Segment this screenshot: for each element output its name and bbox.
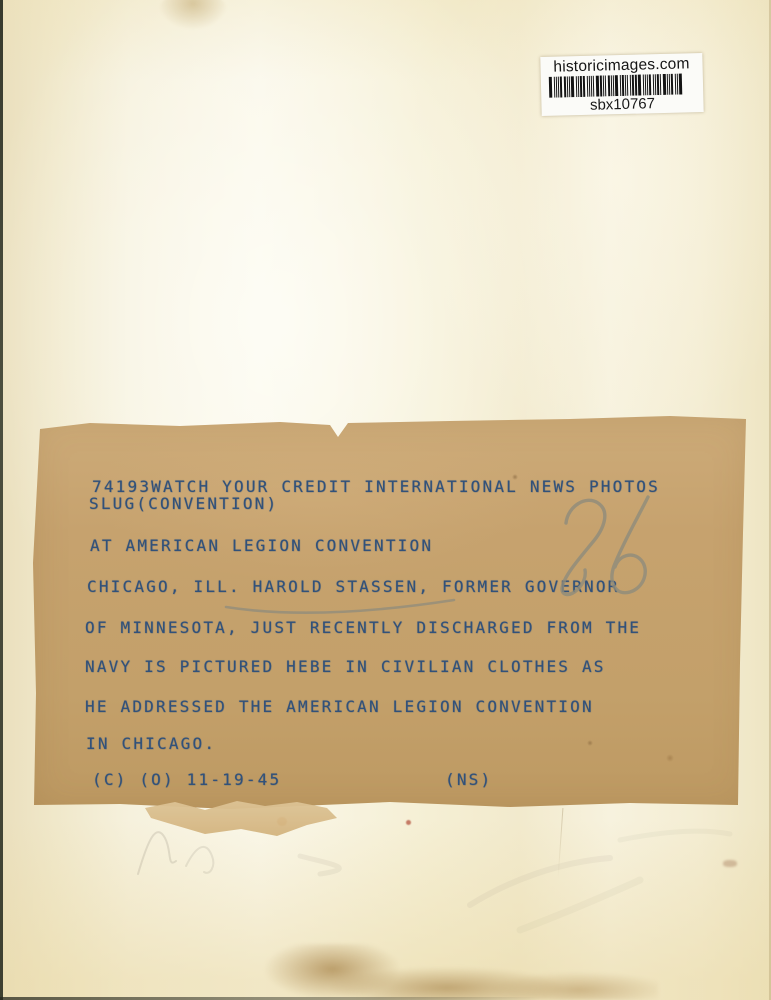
caption-line-body-3: HE ADDRESSED THE AMERICAN LEGION CONVENT… [85,697,594,716]
subject-name: HAROLD STASSEN, [253,577,431,596]
scan-edge-left [0,0,3,1000]
caption-line-dateline: CHICAGO, ILL. HAROLD STASSEN, FORMER GOV… [87,577,620,596]
caption-credit-line: (C) (O) 11-19-45(NS) [92,770,281,789]
photo-back-scan: 74193WATCH YOUR CREDIT INTERNATIONAL NEW… [0,0,771,1000]
caption-line-body-1: OF MINNESOTA, JUST RECENTLY DISCHARGED F… [85,618,641,637]
credit-date: (C) (O) 11-19-45 [92,770,281,789]
caption-line-slug: SLUG(CONVENTION) [89,494,278,513]
barcode-icon [547,73,697,98]
ghost-pencil-scribbles [138,831,730,930]
subject-title: FORMER GOVERNOR [430,577,619,596]
stain-bottom-edge [218,944,658,1000]
agency-code: (NS) [445,770,492,789]
caption-line-body-2: NAVY IS PICTURED HEBE IN CIVILIAN CLOTHE… [85,657,606,676]
dateline-city: CHICAGO, ILL. [87,577,253,596]
caption-line-body-4: IN CHICAGO. [86,734,216,753]
red-speck [406,820,411,825]
sticker-website: historicimages.com [553,55,690,75]
paper-crease [558,808,564,878]
rust-speck [723,860,737,867]
stain-top-edge [158,0,228,30]
sticker-code: sbx10767 [590,96,655,114]
caption-label [30,413,752,813]
caption-line-event: AT AMERICAN LEGION CONVENTION [90,536,433,555]
torn-label-remnant [145,800,337,838]
barcode-sticker: historicimages.com sbx10767 [540,53,703,116]
